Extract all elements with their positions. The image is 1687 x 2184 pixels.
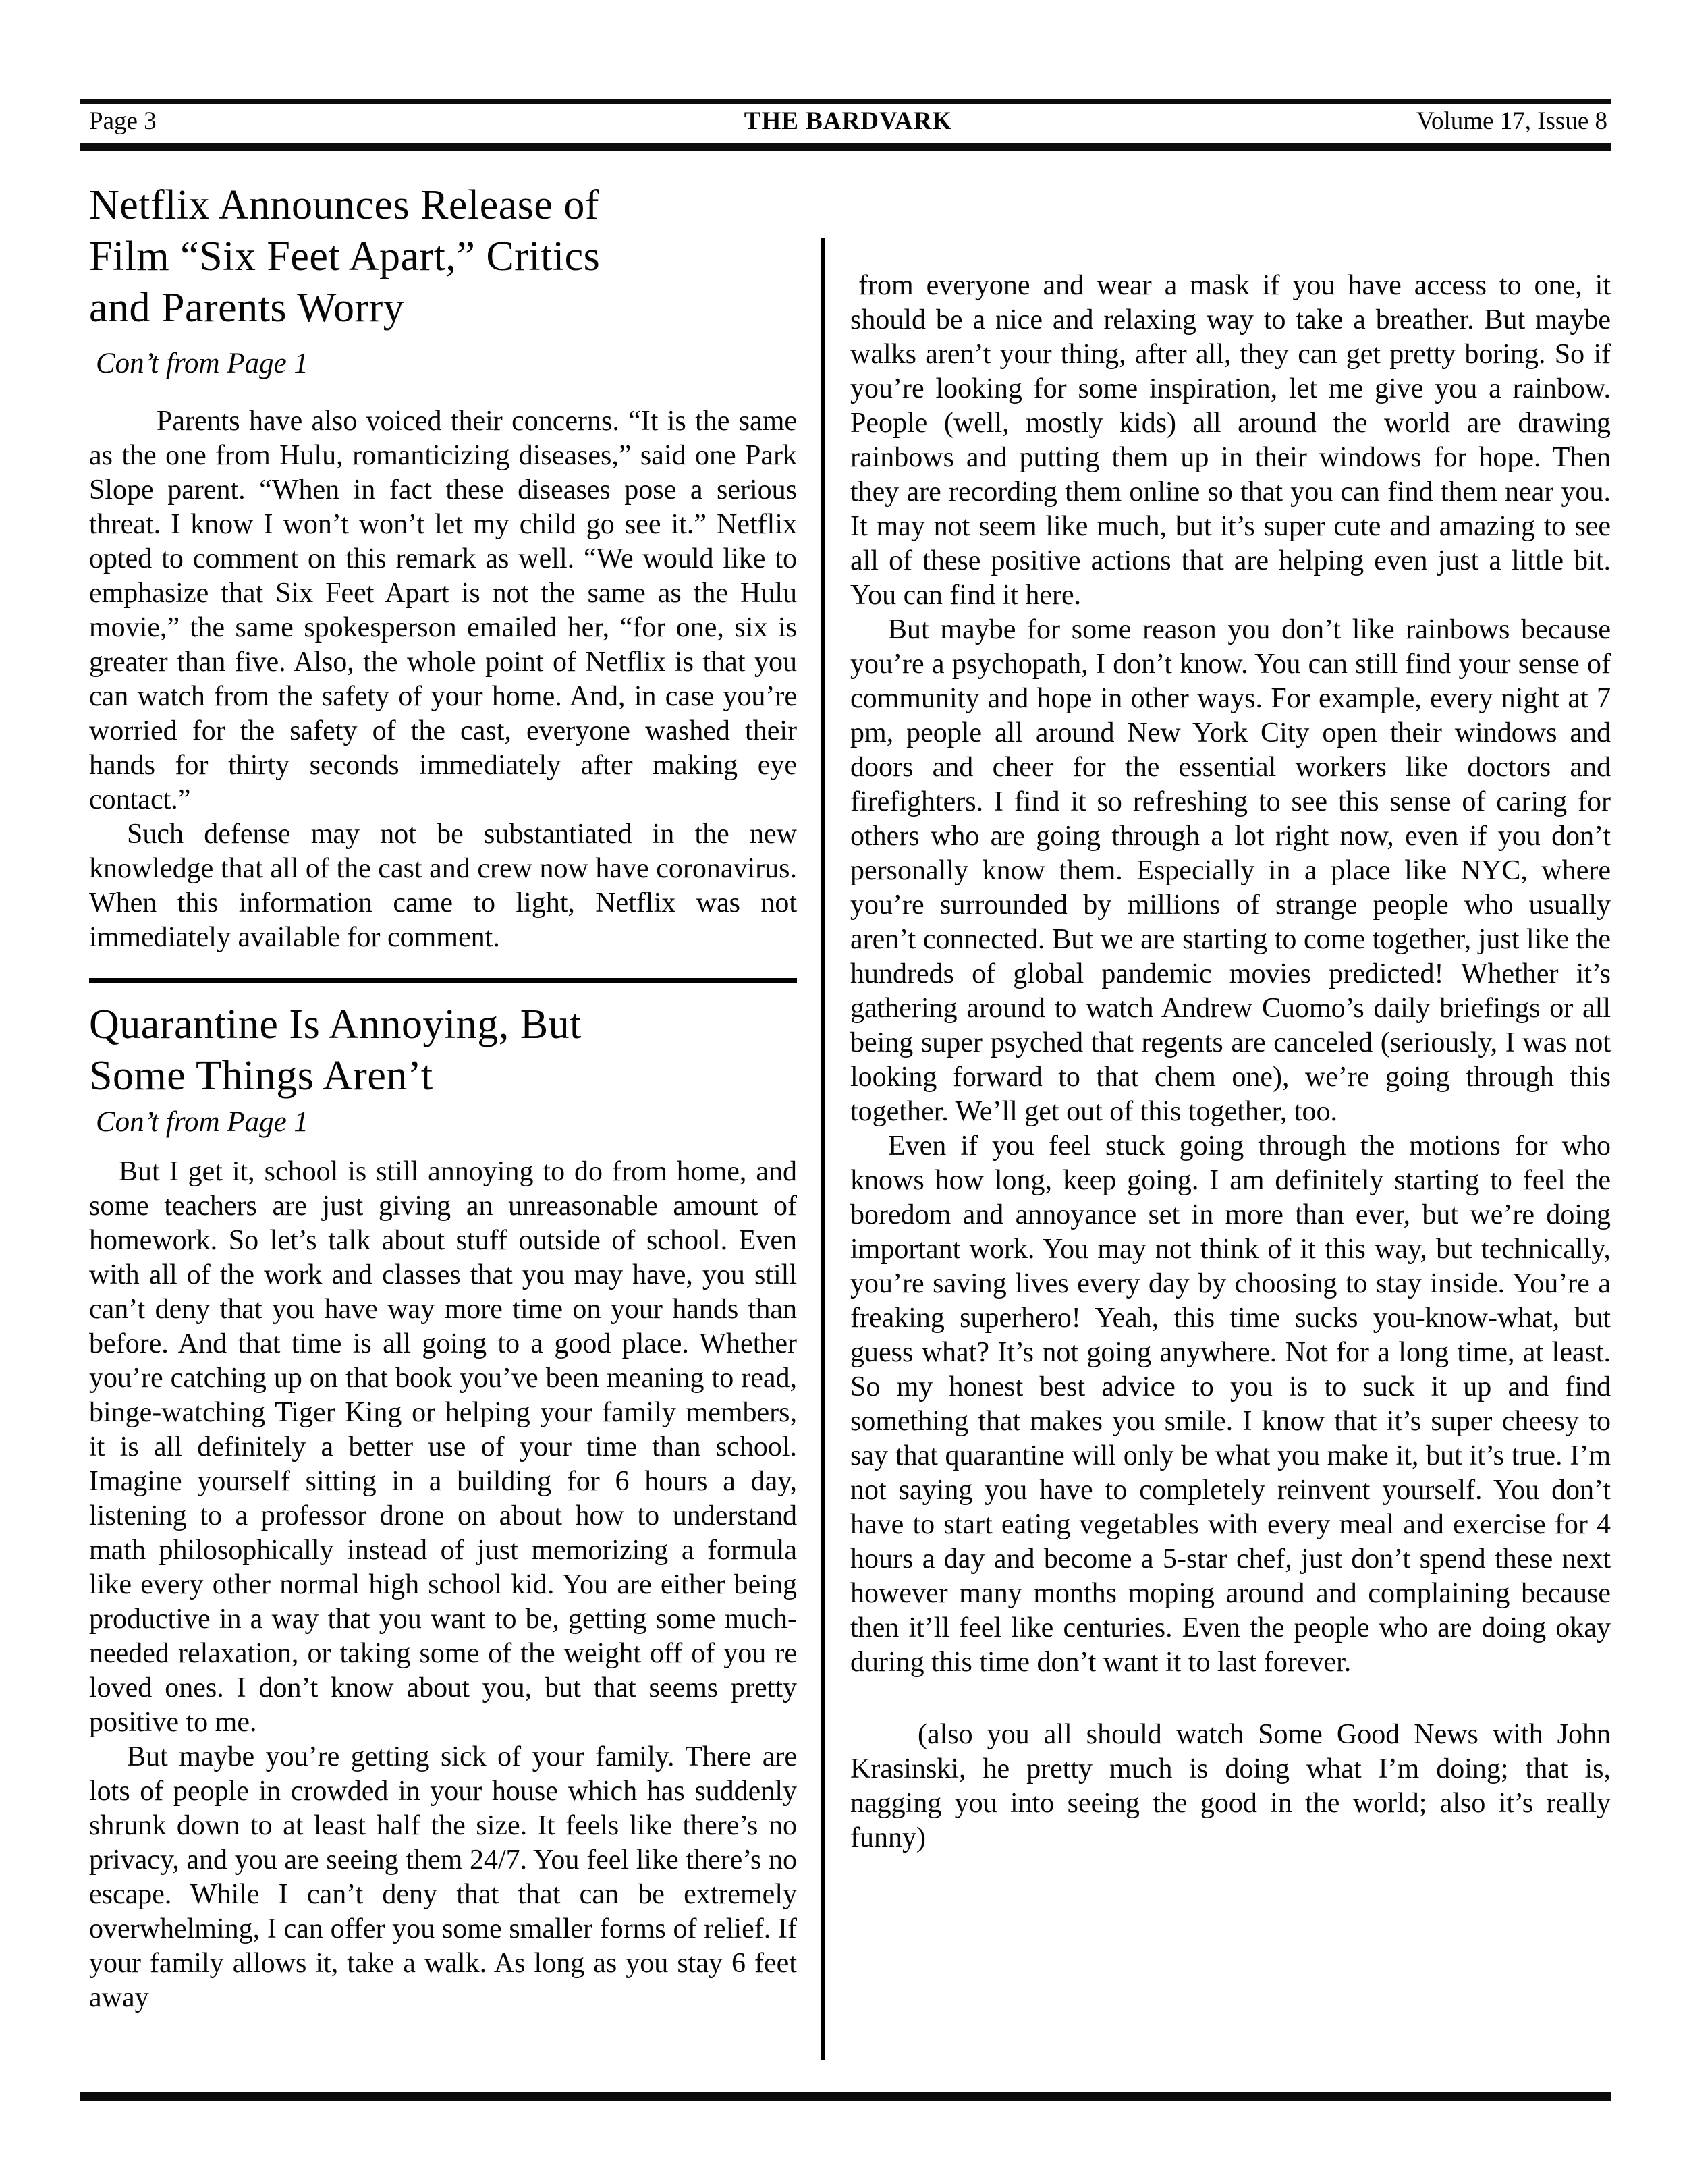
article-paragraph: (also you all should watch Some Good New… (850, 1718, 1611, 1855)
continuation-note: Con’t from Page 1 (96, 1105, 797, 1139)
left-column: Netflix Announces Release of Film “Six F… (89, 162, 821, 2060)
article-headline: Netflix Announces Release of Film “Six F… (89, 180, 797, 333)
newspaper-title: THE BARDVARK (536, 107, 1161, 136)
article-netflix-six-feet-apart: Netflix Announces Release of Film “Six F… (89, 180, 797, 955)
article-paragraph: But maybe you’re getting sick of your fa… (89, 1740, 797, 2015)
page-number: Page 3 (89, 107, 536, 136)
masthead-top-rule (80, 99, 1611, 104)
right-column: from everyone and wear a mask if you hav… (825, 162, 1617, 2060)
article-separator-rule (89, 978, 797, 983)
article-paragraph: from everyone and wear a mask if you hav… (850, 269, 1611, 613)
article-paragraph: Such defense may not be substantiated in… (89, 817, 797, 955)
continuation-note: Con’t from Page 1 (96, 347, 797, 380)
volume-issue: Volume 17, Issue 8 (1161, 107, 1607, 136)
page-bottom-rule (80, 2092, 1611, 2101)
newspaper-page: Page 3 THE BARDVARK Volume 17, Issue 8 N… (0, 0, 1687, 2184)
article-quarantine-annoying: Quarantine Is Annoying, But Some Things … (89, 999, 797, 2015)
article-paragraph: But I get it, school is still annoying t… (89, 1155, 797, 1740)
article-paragraph: But maybe for some reason you don’t like… (850, 613, 1611, 1129)
article-paragraph: Parents have also voiced their concerns.… (89, 404, 797, 817)
page-content: Netflix Announces Release of Film “Six F… (89, 162, 1617, 2060)
masthead-bottom-rule (80, 143, 1611, 151)
masthead: Page 3 THE BARDVARK Volume 17, Issue 8 (89, 107, 1607, 136)
article-headline: Quarantine Is Annoying, But Some Things … (89, 999, 797, 1101)
article-paragraph: Even if you feel stuck going through the… (850, 1129, 1611, 1680)
